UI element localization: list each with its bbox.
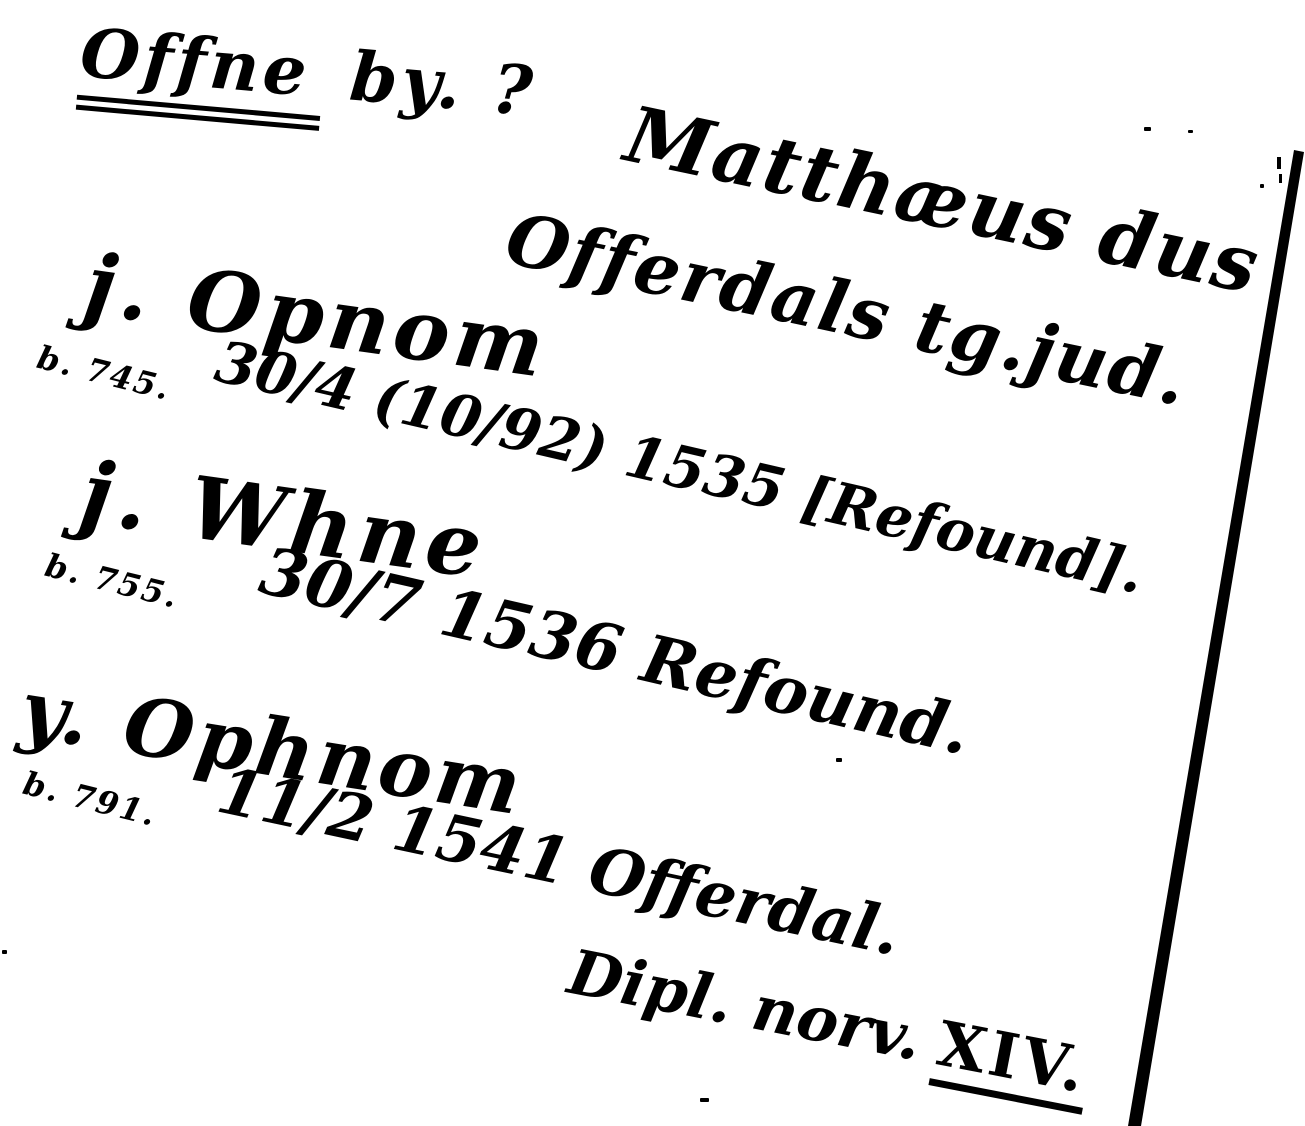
source-citation: Dipl. norv.XIV.	[563, 938, 1096, 1106]
scan-speckle	[1144, 127, 1151, 131]
scan-speckle	[1188, 130, 1193, 133]
title-word: Offne	[76, 13, 328, 131]
entry-date-line: 11/2 1541 Offerdal.	[211, 756, 906, 969]
volume-number: XIV.	[928, 1006, 1096, 1114]
entry-ref: b. 791.	[19, 766, 160, 833]
scan-speckle	[2, 950, 7, 954]
entry-ref: b. 745.	[33, 340, 174, 407]
scan-speckle	[836, 758, 842, 762]
entry-ref: b. 755.	[41, 548, 182, 615]
page-title: Offneby. ?	[77, 16, 539, 130]
scan-speckle	[700, 1098, 709, 1102]
title-annotation: by. ?	[347, 37, 540, 133]
scanned-page: Offneby. ? Matthæus dus Offerdals tg.jud…	[0, 0, 1305, 1126]
scan-speckle	[1260, 184, 1264, 188]
